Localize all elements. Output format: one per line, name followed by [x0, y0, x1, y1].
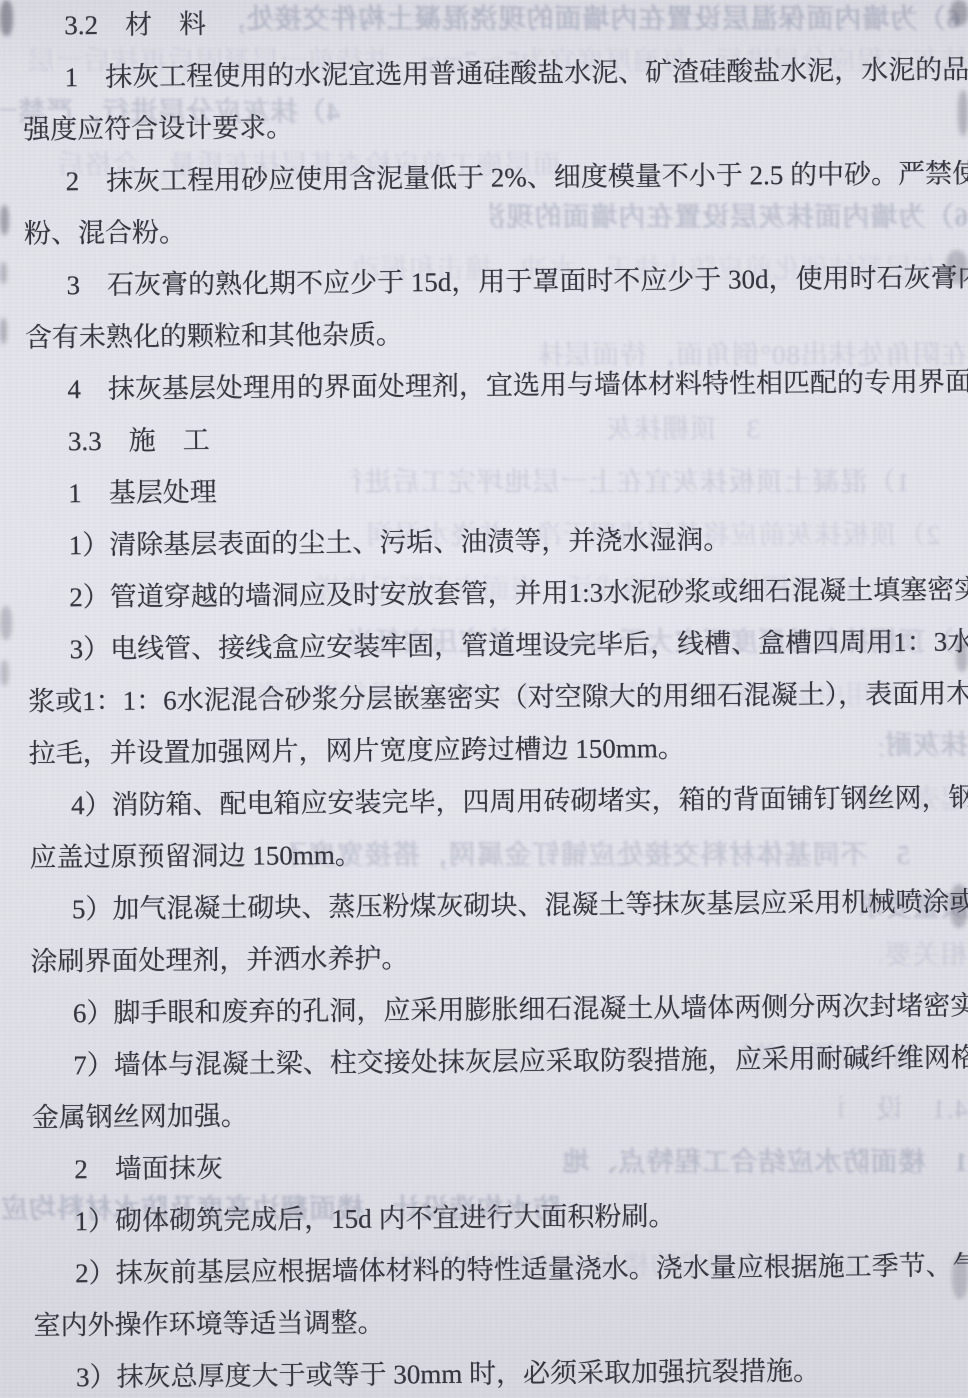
text-line: 2 墙面抹灰	[10, 1135, 968, 1195]
text-line: 应盖过原预留洞边 150mm。	[7, 823, 968, 883]
document-text: 3.2 材 料 1 抹灰工程使用的水泥宜选用普通硅酸盐水泥、矿渣硅酸盐水泥，水泥…	[0, 0, 968, 1398]
text-line: 7）墙体与混凝土梁、柱交接处抹灰层应采取防裂措施，应采用耐碱纤维网格布或	[9, 1031, 968, 1091]
text-line: 3）抹灰总厚度大于或等于 30mm 时，必须采取加强抗裂措施。	[12, 1343, 968, 1398]
text-line: 强度应符合设计要求。	[1, 95, 968, 155]
scanned-page: 6）为墙内面保温层设置在内墙面的现浇混凝土构件交接处，应采取防裂措施 抹灰工程应…	[0, 0, 968, 1398]
text-line: 1）砌体砌筑完成后，15d 内不宜进行大面积粉刷。	[10, 1187, 968, 1247]
text-line: 含有未熟化的颗粒和其他杂质。	[3, 303, 968, 363]
text-line: 涂刷界面处理剂，并洒水养护。	[8, 927, 968, 987]
text-line: 粉、混合粉。	[2, 199, 968, 259]
text-line: 5）加气混凝土砌块、蒸压粉煤灰砌块、混凝土等抹灰基层应采用机械喷涂或笤帚	[8, 875, 968, 935]
text-line: 2）抹灰前基层应根据墙体材料的特性适量浇水。浇水量应根据施工季节、气候和	[11, 1239, 968, 1299]
text-line: 6）脚手眼和废弃的孔洞，应采用膨胀细石混凝土从墙体两侧分两次封堵密实。	[9, 979, 968, 1039]
text-line: 室内外操作环境等适当调整。	[11, 1291, 968, 1351]
text-line: 2 抹灰工程用砂应使用含泥量低于 2%、细度模量不小于 2.5 的中砂。严禁使用…	[1, 147, 968, 207]
text-line: 4）消防箱、配电箱应安装完毕，四周用砖砌堵实，箱的背面铺钉钢丝网，钢丝网	[7, 771, 968, 831]
text-line: 1 基层处理	[4, 459, 968, 519]
section-heading: 3.3 施 工	[4, 407, 968, 467]
text-line: 2）管道穿越的墙洞应及时安放套管，并用1:3水泥砂浆或细石混凝土填塞密实。	[5, 563, 968, 623]
text-line: 4 抹灰基层处理用的界面处理剂，宜选用与墙体材料特性相匹配的专用界面剂。	[3, 355, 968, 415]
text-line: 3）电线管、接线盒应安装牢固，管道埋设完毕后，线槽、盒槽四周用1：3水泥砂	[5, 615, 968, 675]
text-line: 1）清除基层表面的尘土、污垢、油渍等，并浇水湿润。	[5, 511, 968, 571]
text-line: 浆或1：1：6水泥混合砂浆分层嵌塞密实（对空隙大的用细石混凝土），表面用木抹子	[6, 667, 968, 727]
text-line: 金属钢丝网加强。	[10, 1083, 968, 1143]
text-line: 1 抹灰工程使用的水泥宜选用普通硅酸盐水泥、矿渣硅酸盐水泥，水泥的品种、	[0, 43, 968, 103]
text-line: 3 石灰膏的熟化期不应少于 15d，用于罩面时不应少于 30d，使用时石灰膏内不…	[2, 251, 968, 311]
text-line: 拉毛，并设置加强网片，网片宽度应跨过槽边 150mm。	[6, 719, 968, 779]
